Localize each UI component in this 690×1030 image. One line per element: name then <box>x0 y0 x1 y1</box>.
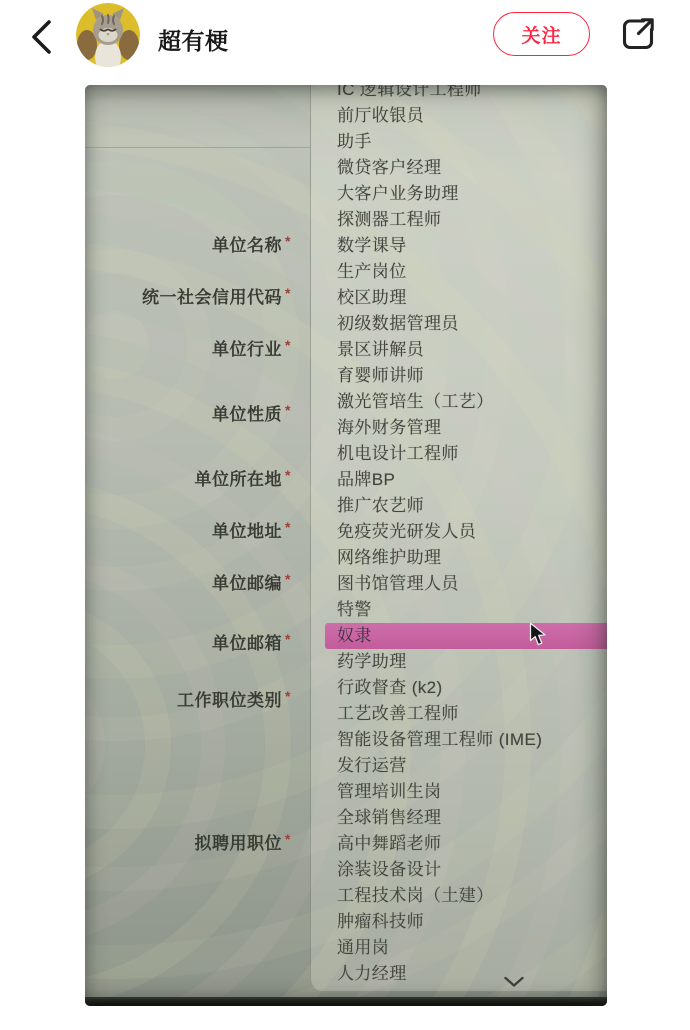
dropdown-option[interactable]: 育婴师讲师 <box>310 363 607 389</box>
required-asterisk: * <box>285 831 291 847</box>
follow-button[interactable]: 关注 <box>493 12 590 56</box>
required-asterisk: * <box>285 233 291 249</box>
required-asterisk: * <box>285 688 291 704</box>
dropdown-option[interactable]: 前厅收银员 <box>310 103 607 129</box>
dropdown-option[interactable]: 免疫荧光研发人员 <box>310 519 607 545</box>
share-button[interactable] <box>616 12 660 56</box>
dropdown-option[interactable]: 发行运营 <box>310 753 607 779</box>
dropdown-option[interactable]: 推广农艺师 <box>310 493 607 519</box>
follow-button-label: 关注 <box>521 21 561 48</box>
screen-bottom-bezel <box>85 997 607 1006</box>
mouse-cursor-icon <box>529 622 548 652</box>
form-label-text: 单位行业 <box>212 340 282 359</box>
dropdown-option[interactable]: 工艺改善工程师 <box>310 701 607 727</box>
form-label: 单位邮箱* <box>85 631 291 657</box>
dropdown-option[interactable]: 行政督查 (k2) <box>310 675 607 701</box>
dropdown-option[interactable]: 品牌BP <box>310 467 607 493</box>
required-asterisk: * <box>285 631 291 647</box>
top-nav-bar: 超有梗 关注 <box>0 0 690 80</box>
share-external-icon <box>616 12 660 56</box>
dropdown-option[interactable]: 智能设备管理工程师 (IME) <box>310 727 607 753</box>
form-label-text: 单位邮箱 <box>212 634 282 653</box>
dropdown-option[interactable]: IC 逻辑设计工程师 <box>310 85 607 103</box>
note-photo[interactable]: 单位名称*统一社会信用代码*单位行业*单位性质*单位所在地*单位地址*单位邮编*… <box>85 85 607 1006</box>
scroll-more-indicator[interactable] <box>503 975 525 993</box>
dropdown-option[interactable]: 图书馆管理人员 <box>310 571 607 597</box>
required-asterisk: * <box>285 402 291 418</box>
dropdown-option[interactable]: 特警 <box>310 597 607 623</box>
dropdown-option[interactable]: 初级数据管理员 <box>310 311 607 337</box>
form-label-text: 单位地址 <box>212 522 282 541</box>
form-label-text: 统一社会信用代码 <box>142 288 282 307</box>
dropdown-option-highlighted[interactable]: 奴隶 <box>325 623 607 649</box>
dropdown-option[interactable]: 微贷客户经理 <box>310 155 607 181</box>
required-asterisk: * <box>285 285 291 301</box>
chevron-down-icon <box>503 976 525 988</box>
dropdown-option[interactable]: 药学助理 <box>310 649 607 675</box>
form-label-text: 单位性质 <box>212 405 282 424</box>
dropdown-option[interactable]: 涂装设备设计 <box>310 857 607 883</box>
cat-avatar-image <box>76 3 140 67</box>
required-asterisk: * <box>285 571 291 587</box>
required-asterisk: * <box>285 519 291 535</box>
form-label: 单位所在地* <box>85 467 291 493</box>
screen-artifact-line <box>85 147 311 148</box>
back-button[interactable] <box>26 15 58 59</box>
form-label: 拟聘用职位* <box>85 831 291 857</box>
form-label: 统一社会信用代码* <box>85 285 291 311</box>
dropdown-option[interactable]: 海外财务管理 <box>310 415 607 441</box>
dropdown-option[interactable]: 通用岗 <box>310 935 607 961</box>
required-asterisk: * <box>285 467 291 483</box>
dropdown-option[interactable]: 肿瘤科技师 <box>310 909 607 935</box>
dropdown-option[interactable]: 景区讲解员 <box>310 337 607 363</box>
form-label: 工作职位类别* <box>85 688 291 714</box>
post-detail-page: 超有梗 关注 单位名称*统一社会信用代码*单位行业*单位性质*单位所在地*单位地… <box>0 0 690 1030</box>
dropdown-option[interactable]: 探测器工程师 <box>310 207 607 233</box>
dropdown-option[interactable]: 助手 <box>310 129 607 155</box>
form-label: 单位行业* <box>85 337 291 363</box>
form-label: 单位地址* <box>85 519 291 545</box>
dropdown-option[interactable]: 全球销售经理 <box>310 805 607 831</box>
form-label-text: 单位邮编 <box>212 574 282 593</box>
chevron-left-icon <box>26 15 58 59</box>
form-label-text: 拟聘用职位 <box>195 834 283 853</box>
dropdown-list: IC 逻辑设计工程师前厅收银员助手微贷客户经理大客户业务助理探测器工程师数学课导… <box>310 85 607 987</box>
dropdown-option[interactable]: 激光管培生（工艺） <box>310 389 607 415</box>
dropdown-option[interactable]: 网络维护助理 <box>310 545 607 571</box>
form-label: 单位性质* <box>85 402 291 428</box>
dropdown-option[interactable]: 工程技术岗（土建） <box>310 883 607 909</box>
form-label: 单位邮编* <box>85 571 291 597</box>
dropdown-option[interactable]: 大客户业务助理 <box>310 181 607 207</box>
dropdown-option[interactable]: 机电设计工程师 <box>310 441 607 467</box>
username[interactable]: 超有梗 <box>158 23 229 56</box>
avatar[interactable] <box>76 3 140 67</box>
dropdown-option[interactable]: 校区助理 <box>310 285 607 311</box>
form-label-text: 工作职位类别 <box>177 691 282 710</box>
form-label-text: 单位所在地 <box>195 470 283 489</box>
dropdown-option[interactable]: 管理培训生岗 <box>310 779 607 805</box>
form-label: 单位名称* <box>85 233 291 259</box>
dropdown-option[interactable]: 生产岗位 <box>310 259 607 285</box>
form-label-text: 单位名称 <box>212 236 282 255</box>
dropdown-option[interactable]: 人力经理 <box>310 961 607 987</box>
dropdown-option[interactable]: 数学课导 <box>310 233 607 259</box>
dropdown-option[interactable]: 高中舞蹈老师 <box>310 831 607 857</box>
required-asterisk: * <box>285 337 291 353</box>
